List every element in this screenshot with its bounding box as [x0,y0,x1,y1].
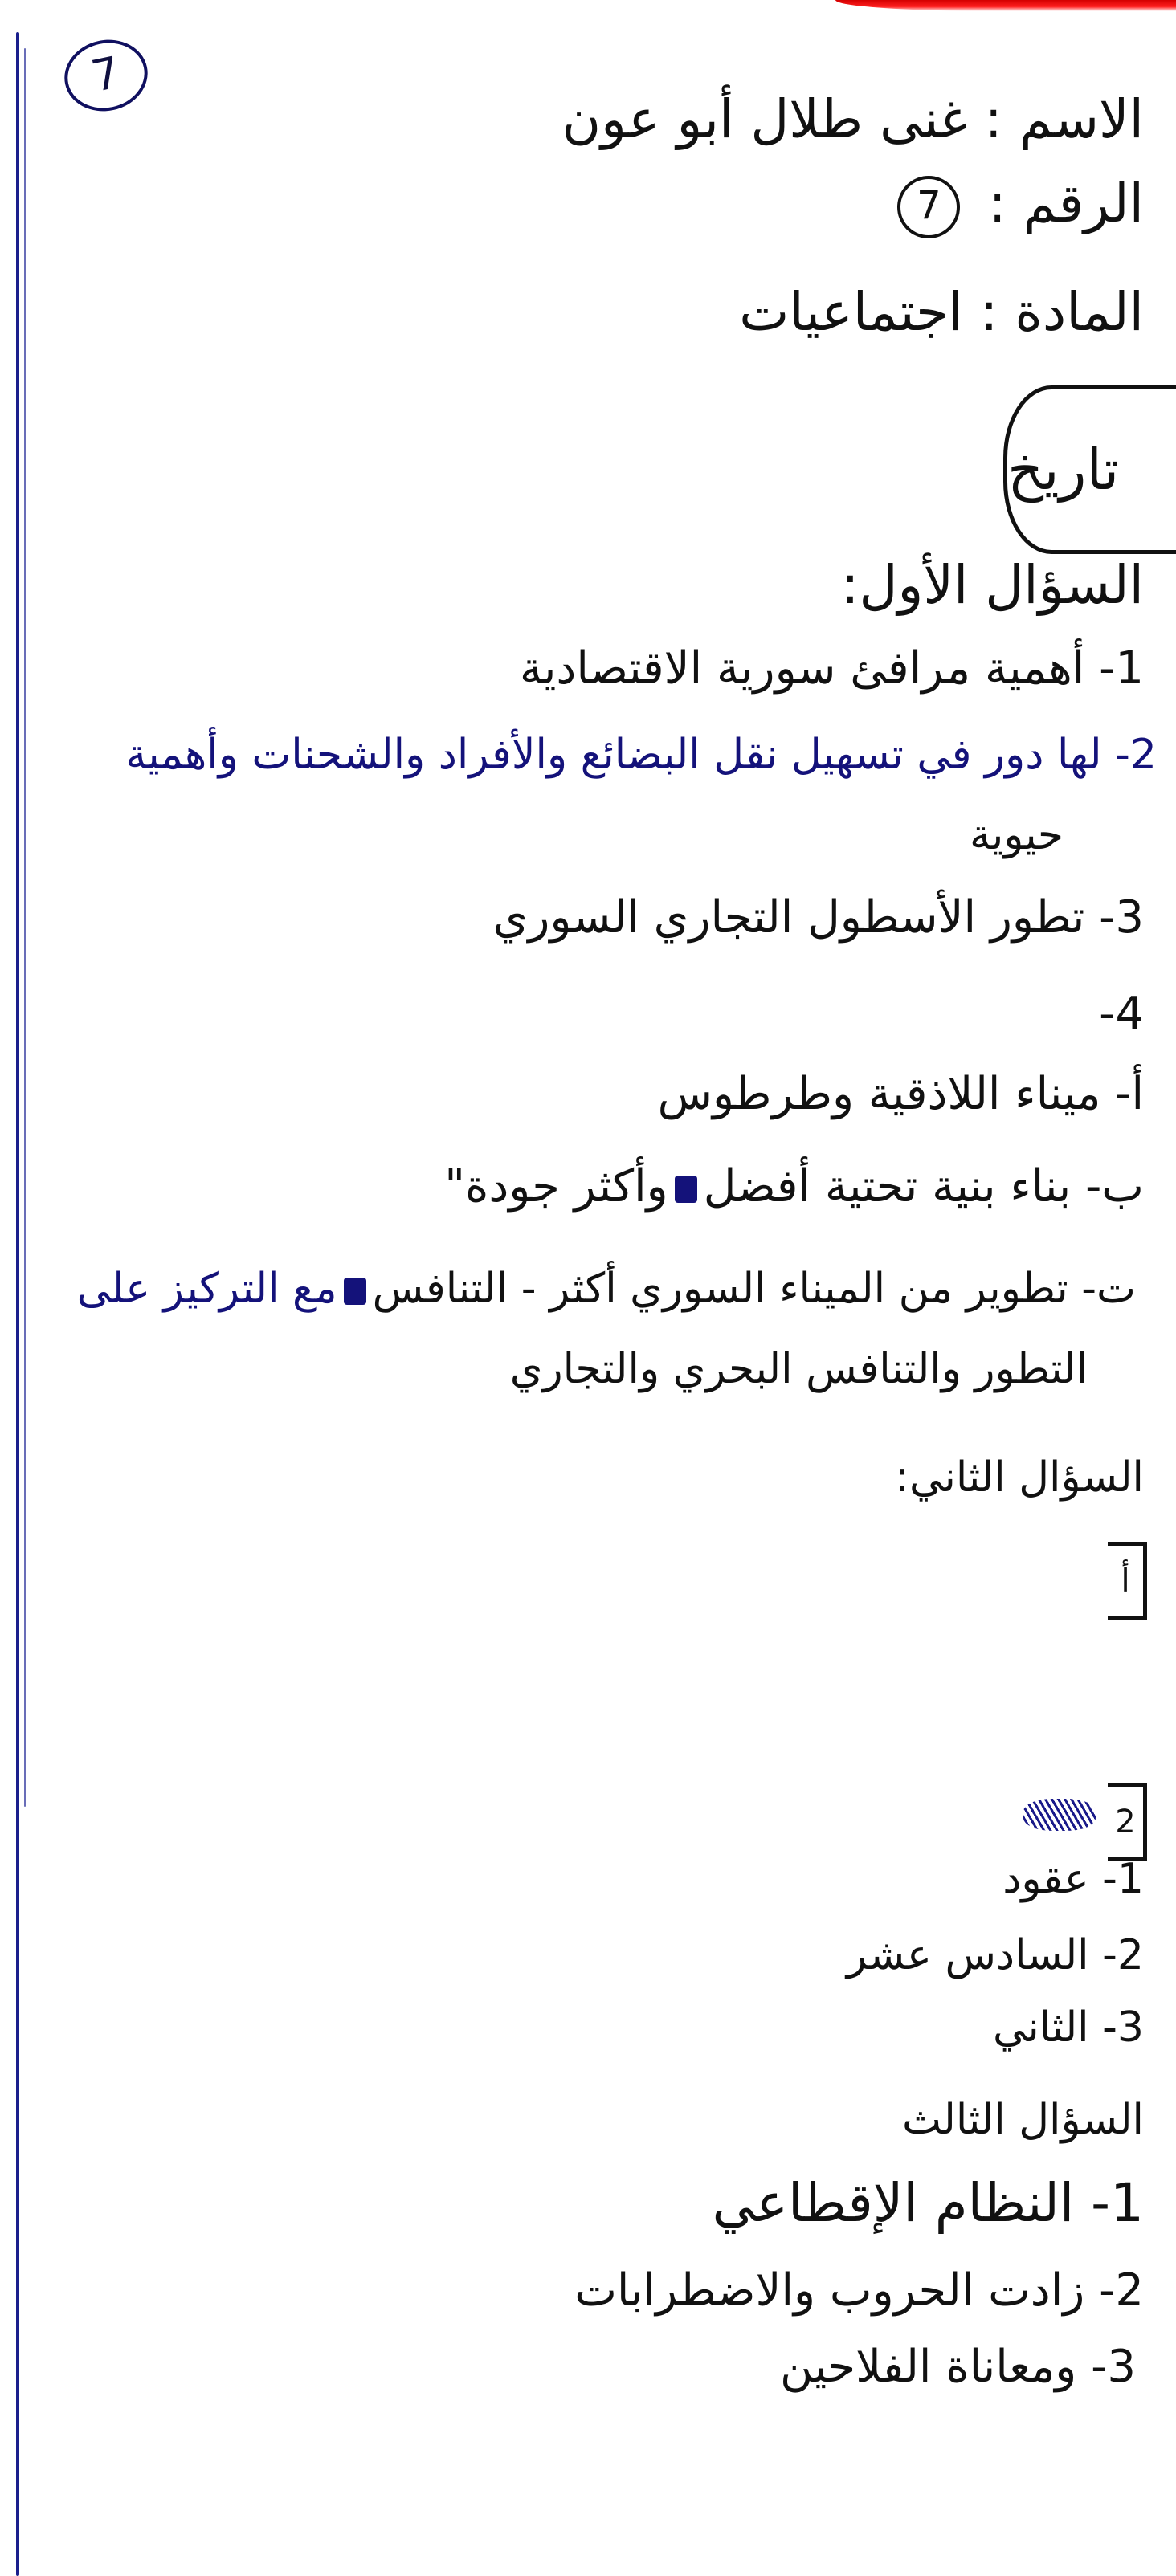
q1-answer-4a: أ- ميناء اللاذقية وطرطوس [658,1068,1144,1120]
q2-part-a-marker: أ [1108,1542,1147,1620]
paper-corner-red-edge [835,0,1176,11]
q1-answer-1: 1- أهمية مرافئ سورية الاقتصادية [520,642,1144,695]
q1-answer-4c-cont: التطور والتنافس البحري والتجاري [510,1345,1088,1393]
q2-part-2-marker: 2 [1108,1783,1147,1861]
q1-answer-2-cont: حيوية [970,811,1064,859]
q2-item-1: 1- عقود [1002,1855,1144,1903]
q1-answer-4c: ت- تطوير من الميناء السوري أكثر - التناف… [77,1265,1136,1313]
q1-answer-4b-pre: ب- بناء بنية تحتية أفضل [704,1160,1144,1213]
page-number-circle: 7 [58,32,154,119]
q3-item-1: 1- النظام الإقطاعي [713,2172,1144,2234]
q1-answer-4b-post: وأكثر جودة" [444,1160,668,1213]
crossed-out-scribble [1023,1799,1096,1831]
subject-line: المادة : اجتماعيات [739,281,1144,343]
ink-blot [344,1278,366,1305]
q1-answer-4c-post: مع التركيز على [77,1265,337,1313]
q1-answer-4c-pre: ت- تطوير من الميناء السوري أكثر - التناف… [373,1265,1136,1313]
q1-answer-4b: ب- بناء بنية تحتية أفضلوأكثر جودة" [444,1160,1144,1213]
ink-blot [675,1176,697,1203]
q3-title: السؤال الثالث [902,2096,1144,2144]
q1-answer-2: 2- لها دور في تسهيل نقل البضائع والأفراد… [125,731,1157,779]
margin-line-inner [24,48,26,1807]
student-number-label: الرقم : [988,173,1144,234]
q3-item-2: 2- زادت الحروب والاضطرابات [574,2264,1144,2317]
q2-item-2: 2- السادس عشر [847,1931,1144,1979]
student-number-row: الرقم : 7 [897,173,1144,238]
student-number-value: 7 [897,176,960,238]
student-name: الاسم : غنى طلال أبو عون [562,88,1144,150]
q2-title: السؤال الثاني: [896,1453,1144,1502]
q3-item-3: 3- ومعاناة الفلاحين [780,2341,1136,2393]
q1-title: السؤال الأول: [841,554,1144,616]
section-box-history: تاريخ [1003,385,1176,554]
margin-line [16,32,19,2576]
q1-answer-4-label: 4- [1099,988,1144,1040]
q2-item-3: 3- الثاني [993,2003,1144,2052]
q1-answer-3: 3- تطور الأسطول التجاري السوري [492,891,1144,944]
page-number: 7 [87,47,125,102]
section-box-label: تاريخ [1007,437,1119,503]
